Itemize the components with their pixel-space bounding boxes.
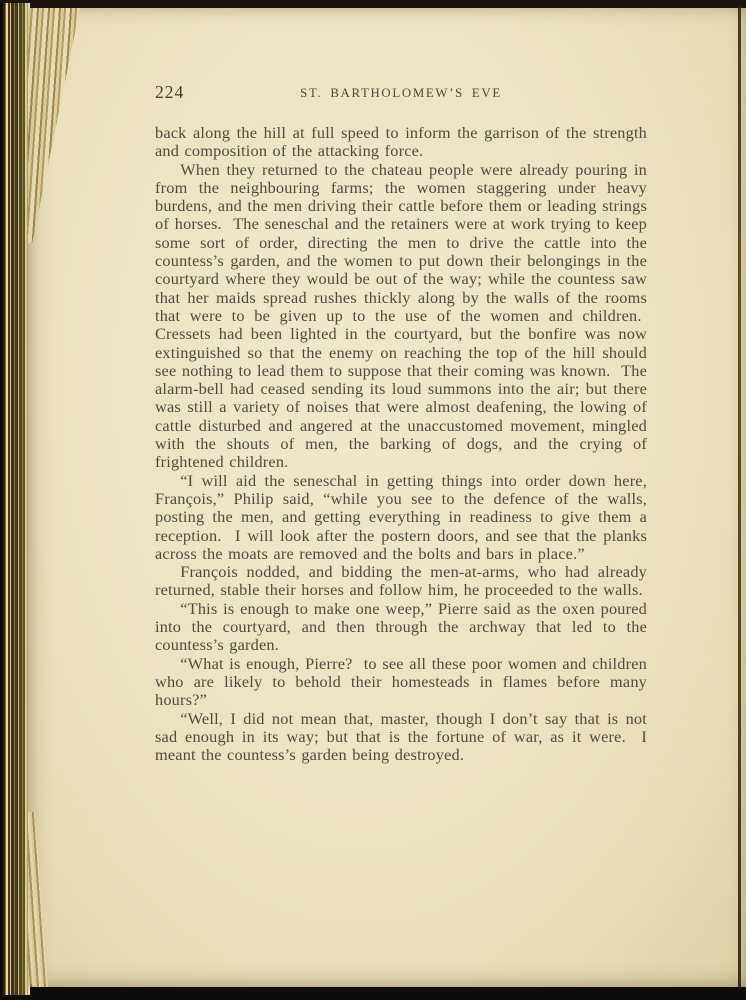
page-body: back along the hill at full speed to inf… [155,124,647,764]
paragraph: When they returned to the chateau people… [155,161,647,472]
page-gutter-crease [738,6,741,989]
paragraph: “What is enough, Pierre? to see all thes… [155,655,647,710]
paragraph: “I will aid the seneschal in getting thi… [155,472,647,563]
scanned-book-photo: 224 ST. BARTHOLOMEW’S EVE back along the… [0,0,746,1000]
running-title: ST. BARTHOLOMEW’S EVE [155,86,647,101]
page-edge-stack [0,3,30,995]
page-header: 224 ST. BARTHOLOMEW’S EVE [155,82,647,102]
book-page: 224 ST. BARTHOLOMEW’S EVE back along the… [28,8,746,987]
paragraph: “Well, I did not mean that, master, thou… [155,710,647,765]
page-content: 224 ST. BARTHOLOMEW’S EVE back along the… [155,82,647,764]
paragraph: François nodded, and bidding the men-at-… [155,563,647,600]
paragraph: back along the hill at full speed to inf… [155,124,647,161]
paragraph: “This is enough to make one weep,” Pierr… [155,600,647,655]
